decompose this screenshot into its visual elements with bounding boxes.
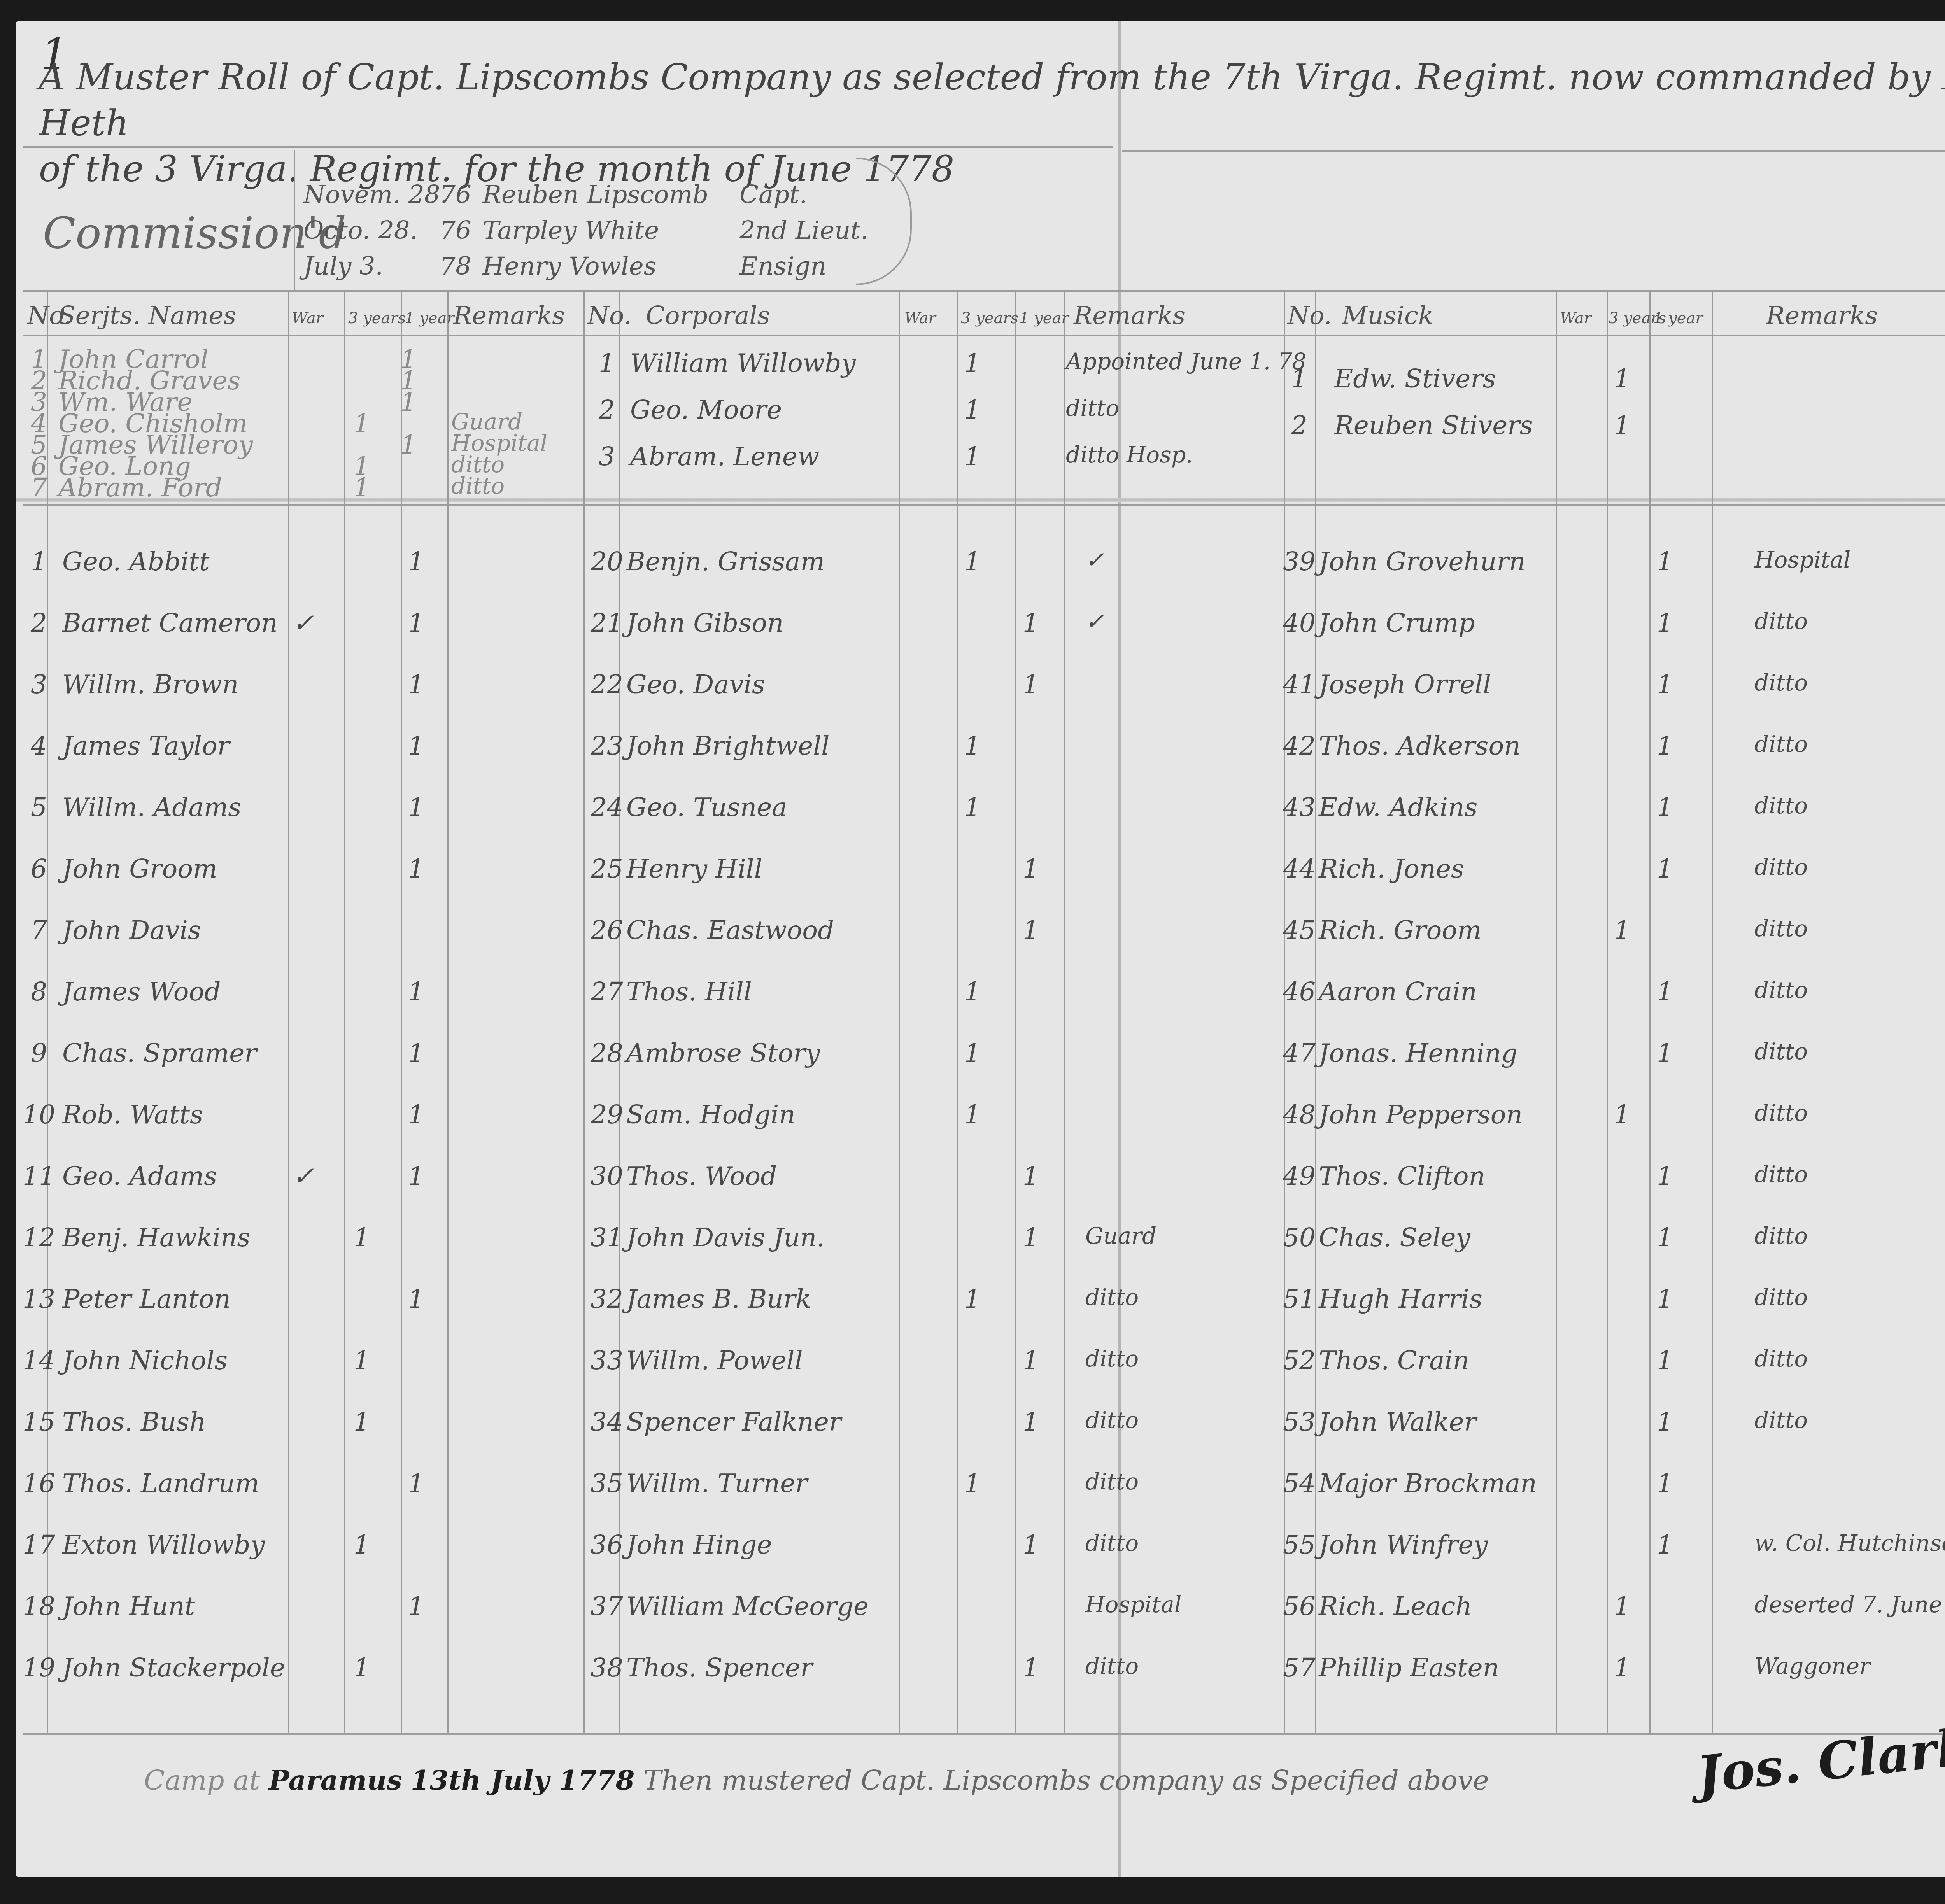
row-number: 38 xyxy=(583,1653,630,1683)
one-year-mark: 1 xyxy=(1649,1223,1680,1252)
col-line xyxy=(1607,290,1608,1733)
col-line xyxy=(1649,290,1651,1733)
row-number: 14 xyxy=(16,1345,62,1375)
row-number: 29 xyxy=(583,1100,630,1130)
row-number: 21 xyxy=(583,608,630,638)
one-year-mark: 1 xyxy=(1649,1284,1680,1314)
war-mark: ✓ xyxy=(288,1161,319,1191)
one-year-mark: 1 xyxy=(1649,547,1680,576)
soldier-name: Geo. Tusnea xyxy=(626,792,787,822)
one-year-mark: 1 xyxy=(1015,1345,1046,1375)
header-top-rule xyxy=(23,290,1945,292)
soldier-name: John Grovehurn xyxy=(1319,547,1526,576)
remark: Hospital xyxy=(1754,547,1850,573)
row-number: 40 xyxy=(1276,608,1323,638)
remark: ditto xyxy=(1754,1100,1808,1126)
section-rule xyxy=(23,504,1945,506)
row-number: 55 xyxy=(1276,1530,1323,1560)
one-year-mark: 1 xyxy=(1649,1161,1680,1191)
soldier-name: John Crump xyxy=(1319,608,1475,638)
col-line xyxy=(47,290,48,1733)
row-number: 47 xyxy=(1276,1038,1323,1068)
horizontal-fold xyxy=(16,498,1945,502)
one-year-mark: 1 xyxy=(1015,1653,1046,1683)
one-year-mark: 1 xyxy=(1015,608,1046,638)
remark: ditto xyxy=(1754,669,1808,696)
one-year-mark: 1 xyxy=(1649,1345,1680,1375)
remark: ditto xyxy=(1754,915,1808,942)
row-number: 25 xyxy=(583,854,630,884)
row-number: 28 xyxy=(583,1038,630,1068)
soldier-name: Willm. Brown xyxy=(62,669,238,699)
row-number: 57 xyxy=(1276,1653,1323,1683)
col-line xyxy=(583,290,585,1733)
three-years-mark: 1 xyxy=(1607,1653,1638,1683)
soldier-name: John Davis xyxy=(62,915,201,945)
one-year-mark: 1 xyxy=(1015,1223,1046,1252)
row-number: 30 xyxy=(583,1161,630,1191)
soldier-name: John Pepperson xyxy=(1319,1100,1523,1130)
col-line xyxy=(344,290,345,1733)
soldier-name: Willm. Powell xyxy=(626,1345,803,1375)
remark: ditto xyxy=(451,473,505,499)
soldier-name: John Nichols xyxy=(62,1345,228,1375)
col-line xyxy=(1315,290,1316,1733)
remark: ditto xyxy=(1754,854,1808,880)
three-years-mark: 1 xyxy=(957,395,988,425)
officer-row: Octo. 28. 76 Tarpley White 2nd Lieut. xyxy=(303,213,868,249)
remark: ditto xyxy=(1754,977,1808,1003)
one-year-mark: 1 xyxy=(401,1161,432,1191)
row-number: 43 xyxy=(1276,792,1323,822)
soldier-name: Benj. Hawkins xyxy=(62,1223,250,1252)
row-number: 2 xyxy=(16,608,62,638)
remark: ditto Hosp. xyxy=(1066,441,1193,468)
remark: deserted 7. June xyxy=(1754,1591,1942,1618)
header-1-year: 1 year xyxy=(1019,309,1069,327)
one-year-mark: 1 xyxy=(1015,1161,1046,1191)
three-years-mark: 1 xyxy=(957,792,988,822)
header-war: War xyxy=(292,309,323,327)
one-year-mark: 1 xyxy=(1649,669,1680,699)
remark: Guard xyxy=(1085,1223,1156,1249)
three-years-mark: 1 xyxy=(1607,915,1638,945)
soldier-name: Thos. Bush xyxy=(62,1407,206,1437)
row-number: 20 xyxy=(583,547,630,576)
remark: ditto xyxy=(1754,1284,1808,1310)
row-number: 45 xyxy=(1276,915,1323,945)
remark: ✓ xyxy=(1085,608,1104,634)
muster-footer: Camp at Paramus 13th July 1778 Then must… xyxy=(144,1764,1489,1796)
soldier-name: Geo. Moore xyxy=(630,395,782,425)
three-years-mark: 1 xyxy=(346,473,377,503)
three-years-mark: 1 xyxy=(1607,364,1638,394)
soldier-name: Chas. Spramer xyxy=(62,1038,257,1068)
one-year-mark: 1 xyxy=(1015,1530,1046,1560)
soldier-name: Abram. Lenew xyxy=(630,441,819,471)
remark: ditto xyxy=(1085,1407,1139,1433)
commissioned-label: Commission'd xyxy=(43,208,346,258)
one-year-mark: 1 xyxy=(401,669,432,699)
one-year-mark: 1 xyxy=(1015,669,1046,699)
row-number: 56 xyxy=(1276,1591,1323,1621)
divider xyxy=(294,150,295,290)
one-year-mark: 1 xyxy=(393,387,424,417)
officer-row: July 3. 78 Henry Vowles Ensign xyxy=(303,249,868,284)
soldier-name: Rich. Jones xyxy=(1319,854,1464,884)
remark: ditto xyxy=(1754,731,1808,757)
three-years-mark: 1 xyxy=(346,1653,377,1683)
row-number: 26 xyxy=(583,915,630,945)
row-number: 23 xyxy=(583,731,630,761)
row-number: 27 xyxy=(583,977,630,1007)
soldier-name: Hugh Harris xyxy=(1319,1284,1482,1314)
row-number: 42 xyxy=(1276,731,1323,761)
header-3-years: 3 years xyxy=(961,309,1018,327)
soldier-name: John Winfrey xyxy=(1319,1530,1488,1560)
soldier-name: Jonas. Henning xyxy=(1319,1038,1517,1068)
table-bottom-rule xyxy=(23,1733,1945,1735)
row-number: 31 xyxy=(583,1223,630,1252)
one-year-mark: 1 xyxy=(401,1591,432,1621)
soldier-name: Sam. Hodgin xyxy=(626,1100,796,1130)
document-title: A Muster Roll of Capt. Lipscombs Company… xyxy=(39,54,1945,192)
col-line xyxy=(401,290,402,1733)
one-year-mark: 1 xyxy=(1649,1530,1680,1560)
header-no: No. xyxy=(587,301,632,330)
soldier-name: Abram. Ford xyxy=(58,473,222,503)
soldier-name: Exton Willowby xyxy=(62,1530,265,1560)
row-number: 17 xyxy=(16,1530,62,1560)
muster-roll-sheet: 1 A Muster Roll of Capt. Lipscombs Compa… xyxy=(16,21,1945,1877)
three-years-mark: 1 xyxy=(957,1100,988,1130)
row-number: 18 xyxy=(16,1591,62,1621)
soldier-name: Benjn. Grissam xyxy=(626,547,825,576)
row-number: 3 xyxy=(16,669,62,699)
row-number: 10 xyxy=(16,1100,62,1130)
row-number: 51 xyxy=(1276,1284,1323,1314)
header-remarks: Remarks xyxy=(453,301,565,330)
one-year-mark: 1 xyxy=(1015,1407,1046,1437)
row-number: 49 xyxy=(1276,1161,1323,1191)
row-number: 52 xyxy=(1276,1345,1323,1375)
row-number: 2 xyxy=(1276,410,1323,440)
three-years-mark: 1 xyxy=(957,731,988,761)
col-line xyxy=(1284,290,1285,1733)
one-year-mark: 1 xyxy=(1015,915,1046,945)
remark: ditto xyxy=(1754,1407,1808,1433)
row-number: 6 xyxy=(16,854,62,884)
footer-place: Paramus xyxy=(269,1764,402,1796)
row-number: 54 xyxy=(1276,1468,1323,1498)
soldier-name: Thos. Hill xyxy=(626,977,752,1007)
soldier-name: John Stackerpole xyxy=(62,1653,285,1683)
soldier-name: John Brightwell xyxy=(626,731,829,761)
header-no: No. xyxy=(1288,301,1332,330)
soldier-name: James B. Burk xyxy=(626,1284,811,1314)
row-number: 41 xyxy=(1276,669,1323,699)
row-number: 8 xyxy=(16,977,62,1007)
remark: ditto xyxy=(1085,1345,1139,1372)
one-year-mark: 1 xyxy=(401,1100,432,1130)
one-year-mark: 1 xyxy=(1649,1468,1680,1498)
one-year-mark: 1 xyxy=(1649,854,1680,884)
soldier-name: Barnet Cameron xyxy=(62,608,278,638)
soldier-name: William Willowby xyxy=(630,348,856,378)
three-years-mark: 1 xyxy=(957,441,988,471)
three-years-mark: 1 xyxy=(346,1530,377,1560)
soldier-name: Chas. Seley xyxy=(1319,1223,1470,1252)
col-line xyxy=(447,290,449,1733)
row-number: 37 xyxy=(583,1591,630,1621)
three-years-mark: 1 xyxy=(957,1038,988,1068)
row-number: 34 xyxy=(583,1407,630,1437)
soldier-name: Willm. Adams xyxy=(62,792,241,822)
one-year-mark: 1 xyxy=(401,547,432,576)
remark: ditto xyxy=(1754,1038,1808,1065)
soldier-name: John Walker xyxy=(1319,1407,1476,1437)
row-number: 2 xyxy=(583,395,630,425)
header-1-year: 1 year xyxy=(1653,309,1703,327)
three-years-mark: 1 xyxy=(1607,1591,1638,1621)
soldier-name: Chas. Eastwood xyxy=(626,915,834,945)
war-mark: ✓ xyxy=(288,608,319,638)
soldier-name: Rob. Watts xyxy=(62,1100,203,1130)
col-line xyxy=(1064,290,1065,1733)
soldier-name: Spencer Falkner xyxy=(626,1407,841,1437)
row-number: 12 xyxy=(16,1223,62,1252)
remark: w. Col. Hutchinson Virg. xyxy=(1754,1530,1945,1556)
three-years-mark: 1 xyxy=(957,348,988,378)
one-year-mark: 1 xyxy=(401,1284,432,1314)
soldier-name: James Wood xyxy=(62,977,221,1007)
header-musick: Musick xyxy=(1342,301,1433,330)
soldier-name: Geo. Adams xyxy=(62,1161,217,1191)
row-number: 44 xyxy=(1276,854,1323,884)
remark: ditto xyxy=(1066,395,1119,421)
row-number: 13 xyxy=(16,1284,62,1314)
soldier-name: Henry Hill xyxy=(626,854,762,884)
one-year-mark: 1 xyxy=(401,854,432,884)
row-number: 1 xyxy=(583,348,630,378)
soldier-name: Peter Lanton xyxy=(62,1284,231,1314)
row-number: 11 xyxy=(16,1161,62,1191)
header-sergeants-names: Serjts. Names xyxy=(58,301,236,330)
row-number: 4 xyxy=(16,731,62,761)
remark: ditto xyxy=(1754,1161,1808,1188)
soldier-name: William McGeorge xyxy=(626,1591,869,1621)
one-year-mark: 1 xyxy=(1649,731,1680,761)
soldier-name: Willm. Turner xyxy=(626,1468,808,1498)
soldier-name: Geo. Abbitt xyxy=(62,547,210,576)
soldier-name: Thos. Adkerson xyxy=(1319,731,1521,761)
remark: ditto xyxy=(1754,1345,1808,1372)
row-number: 7 xyxy=(16,473,62,503)
remark: ditto xyxy=(1085,1284,1139,1310)
one-year-mark: 1 xyxy=(401,792,432,822)
one-year-mark: 1 xyxy=(401,977,432,1007)
one-year-mark: 1 xyxy=(401,1038,432,1068)
soldier-name: John Davis Jun. xyxy=(626,1223,825,1252)
remark: ditto xyxy=(1754,608,1808,634)
one-year-mark: 1 xyxy=(1649,1038,1680,1068)
footer-prefix: Camp at xyxy=(144,1764,260,1796)
row-number: 9 xyxy=(16,1038,62,1068)
one-year-mark: 1 xyxy=(1015,854,1046,884)
one-year-mark: 1 xyxy=(401,731,432,761)
three-years-mark: 1 xyxy=(1607,1100,1638,1130)
header-war: War xyxy=(904,309,936,327)
title-line-1: A Muster Roll of Capt. Lipscombs Company… xyxy=(39,54,1945,146)
soldier-name: Reuben Stivers xyxy=(1334,410,1533,440)
soldier-name: Thos. Wood xyxy=(626,1161,777,1191)
soldier-name: Ambrose Story xyxy=(626,1038,820,1068)
col-line xyxy=(1015,290,1016,1733)
col-line xyxy=(1556,290,1557,1733)
remark: Waggoner xyxy=(1754,1653,1870,1679)
header-bottom-rule xyxy=(23,335,1945,336)
soldier-name: James Taylor xyxy=(62,731,230,761)
soldier-name: Thos. Landrum xyxy=(62,1468,259,1498)
row-number: 16 xyxy=(16,1468,62,1498)
soldier-name: John Gibson xyxy=(626,608,783,638)
remark: ditto xyxy=(1085,1530,1139,1556)
row-number: 53 xyxy=(1276,1407,1323,1437)
one-year-mark: 1 xyxy=(1649,608,1680,638)
three-years-mark: 1 xyxy=(1607,410,1638,440)
row-number: 46 xyxy=(1276,977,1323,1007)
three-years-mark: 1 xyxy=(957,1468,988,1498)
row-number: 24 xyxy=(583,792,630,822)
soldier-name: Joseph Orrell xyxy=(1319,669,1491,699)
footer-statement: Then mustered Capt. Lipscombs company as… xyxy=(643,1764,1489,1796)
rule xyxy=(1122,150,1945,152)
remark: ditto xyxy=(1085,1653,1139,1679)
row-number: 22 xyxy=(583,669,630,699)
one-year-mark: 1 xyxy=(393,430,424,460)
three-years-mark: 1 xyxy=(346,1407,377,1437)
one-year-mark: 1 xyxy=(1649,977,1680,1007)
soldier-name: Thos. Crain xyxy=(1319,1345,1469,1375)
row-number: 15 xyxy=(16,1407,62,1437)
three-years-mark: 1 xyxy=(346,1223,377,1252)
remark: ditto xyxy=(1754,1223,1808,1249)
three-years-mark: 1 xyxy=(957,1284,988,1314)
three-years-mark: 1 xyxy=(346,1345,377,1375)
row-number: 3 xyxy=(583,441,630,471)
row-number: 33 xyxy=(583,1345,630,1375)
remark: ditto xyxy=(1085,1468,1139,1495)
soldier-name: Rich. Groom xyxy=(1319,915,1482,945)
header-remarks: Remarks xyxy=(1074,301,1185,330)
soldier-name: John Groom xyxy=(62,854,217,884)
soldier-name: Thos. Clifton xyxy=(1319,1161,1485,1191)
soldier-name: Aaron Crain xyxy=(1319,977,1477,1007)
soldier-name: Edw. Stivers xyxy=(1334,364,1496,394)
row-number: 32 xyxy=(583,1284,630,1314)
officer-row: Novem. 28. 76 Reuben Lipscomb Capt. xyxy=(303,177,868,213)
row-number: 1 xyxy=(1276,364,1323,394)
row-number: 35 xyxy=(583,1468,630,1498)
col-line xyxy=(619,290,620,1733)
row-number: 50 xyxy=(1276,1223,1323,1252)
soldier-name: Geo. Davis xyxy=(626,669,765,699)
header-war: War xyxy=(1560,309,1591,327)
rule xyxy=(23,146,1113,148)
soldier-name: Major Brockman xyxy=(1319,1468,1537,1498)
footer-date: 13th July 1778 xyxy=(411,1764,634,1796)
header-1-year: 1 year xyxy=(405,309,454,327)
one-year-mark: 1 xyxy=(1649,1407,1680,1437)
soldier-name: John Hunt xyxy=(62,1591,195,1621)
officers-list: Novem. 28. 76 Reuben Lipscomb Capt. Octo… xyxy=(303,177,868,284)
three-years-mark: 1 xyxy=(957,977,988,1007)
one-year-mark: 1 xyxy=(1649,792,1680,822)
header-3-years: 3 years xyxy=(348,309,406,327)
soldier-name: Phillip Easten xyxy=(1319,1653,1499,1683)
one-year-mark: 1 xyxy=(401,608,432,638)
row-number: 36 xyxy=(583,1530,630,1560)
row-number: 19 xyxy=(16,1653,62,1683)
col-line xyxy=(1712,290,1713,1733)
soldier-name: Edw. Adkins xyxy=(1319,792,1477,822)
remark: ditto xyxy=(1754,792,1808,819)
row-number: 48 xyxy=(1276,1100,1323,1130)
col-line xyxy=(288,290,289,1733)
remark: Appointed June 1. 78 xyxy=(1066,348,1306,375)
header-remarks: Remarks xyxy=(1766,301,1878,330)
mustermaster-signature: Jos. Clark Dmm. xyxy=(1694,1697,1945,1804)
col-line xyxy=(899,290,900,1733)
row-number: 1 xyxy=(16,547,62,576)
remark: ✓ xyxy=(1085,547,1104,573)
soldier-name: Thos. Spencer xyxy=(626,1653,813,1683)
row-number: 5 xyxy=(16,792,62,822)
remark: Hospital xyxy=(1085,1591,1181,1618)
col-line xyxy=(957,290,958,1733)
row-number: 7 xyxy=(16,915,62,945)
soldier-name: Rich. Leach xyxy=(1319,1591,1472,1621)
three-years-mark: 1 xyxy=(957,547,988,576)
header-corporals: Corporals xyxy=(646,301,770,330)
row-number: 39 xyxy=(1276,547,1323,576)
one-year-mark: 1 xyxy=(401,1468,432,1498)
soldier-name: John Hinge xyxy=(626,1530,772,1560)
three-years-mark: 1 xyxy=(346,408,377,438)
